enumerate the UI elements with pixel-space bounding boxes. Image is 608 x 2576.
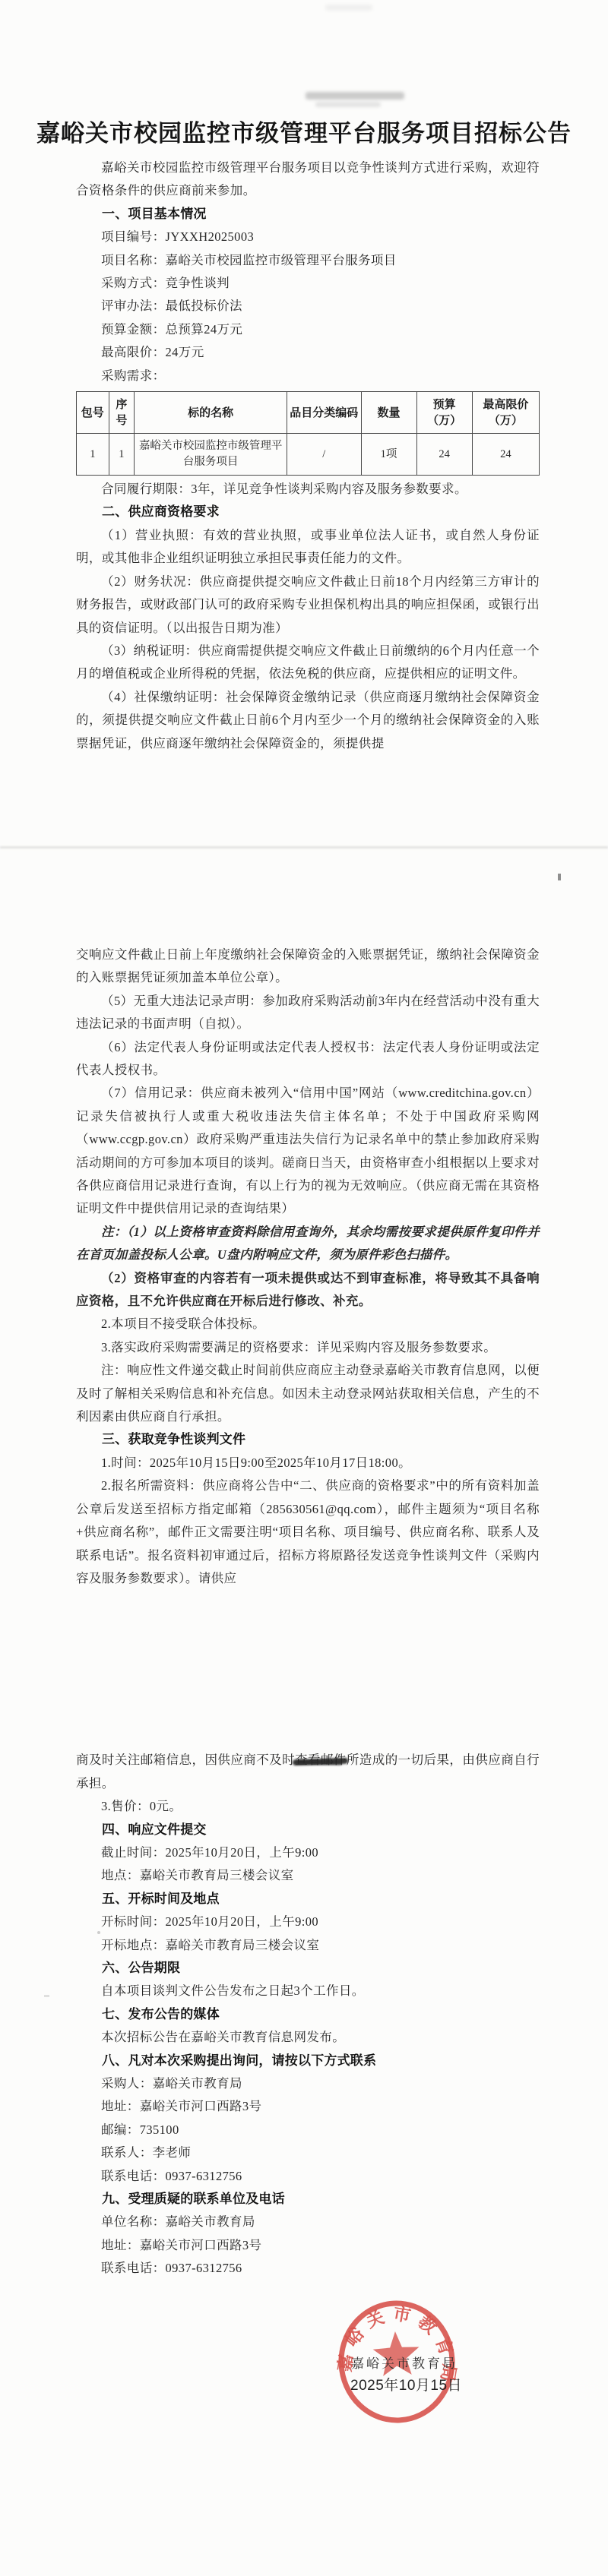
paragraph: 嘉峪关市校园监控市级管理平台服务项目以竞争性谈判方式进行采购，欢迎符合资格条件的… — [76, 156, 540, 203]
paragraph: （4）社保缴纳证明：社会保障资金缴纳记录（供应商逐月缴纳社会保障资金的，须提供提… — [76, 686, 540, 755]
paragraph: 邮编：735100 — [76, 2119, 540, 2141]
paragraph: 商及时关注邮箱信息，因供应商不及时查看邮件所造成的一切后果，由供应商自行承担。 — [76, 1749, 540, 1795]
paragraph: 开标地点：嘉峪关市教育局三楼会议室 — [76, 1934, 540, 1957]
signature-date: 2025年10月15日 — [350, 2376, 495, 2396]
paragraph: （2）财务状况：供应商提供提交响应文件截止日前18个月内经第三方审计的财务报告，… — [76, 571, 540, 640]
paragraph: （2）资格审查的内容若有一项未提供或达不到审查标准，将导致其不具备响应资格，且不… — [76, 1267, 540, 1313]
section-heading: 四、响应文件提交 — [76, 1819, 540, 1841]
table-cell: 1 — [77, 434, 109, 476]
section-heading: 三、获取竞争性谈判文件 — [76, 1428, 540, 1451]
scan-speck — [97, 1931, 100, 1934]
scan-speck — [558, 874, 561, 880]
table-header: 品目分类编码 — [287, 392, 361, 434]
page-break-shadow — [0, 846, 608, 849]
paragraph: 2.本项目不接受联合体投标。 — [76, 1313, 540, 1335]
scan-speck — [44, 1995, 49, 1997]
paragraph: （5）无重大违法记录声明：参加政府采购活动前3年内在经营活动中没有重大违法记录的… — [76, 990, 540, 1036]
page-break — [76, 1590, 540, 1749]
paragraph: 最高限价：24万元 — [76, 341, 540, 364]
table-row: 11嘉峪关市校园监控市级管理平台服务项目/1项2424 — [77, 434, 540, 476]
table-header: 标的名称 — [135, 392, 287, 434]
paragraph: 联系电话：0937-6312756 — [76, 2165, 540, 2188]
paragraph: 截止时间：2025年10月20日，上午9:00 — [76, 1841, 540, 1864]
procurement-table: 包号序号标的名称品目分类编码数量预算（万）最高限价（万）11嘉峪关市校园监控市级… — [76, 391, 540, 476]
paragraph: （1）营业执照：有效的营业执照，或事业单位法人证书，或自然人身份证明，或其他非企… — [76, 524, 540, 571]
paragraph: 注：响应性文件递交截止时间前供应商应主动登录嘉峪关市教育信息网，以便及时了解相关… — [76, 1359, 540, 1428]
section-heading: 七、发布公告的媒体 — [76, 2003, 540, 2026]
table-cell: 24 — [416, 434, 472, 476]
paragraph: 交响应文件截止日前上年度缴纳社会保障资金的入账票据凭证，缴纳社会保障资金的入账票… — [76, 943, 540, 990]
scan-smudge-top — [325, 5, 372, 11]
page-title: 嘉峪关市校园监控市级管理平台服务项目招标公告 — [0, 119, 608, 149]
paragraph: 3.落实政府采购需要满足的资格要求：详见采购内容及服务参数要求。 — [76, 1336, 540, 1359]
paragraph: 地点：嘉峪关市教育局三楼会议室 — [76, 1864, 540, 1887]
paragraph: 项目名称：嘉峪关市校园监控市级管理平台服务项目 — [76, 249, 540, 272]
section-heading: 八、凡对本次采购提出询问，请按以下方式联系 — [76, 2050, 540, 2072]
table-cell: 1 — [109, 434, 134, 476]
section-heading: 六、公告期限 — [76, 1957, 540, 1980]
paragraph: 2.报名所需资料：供应商将公告中“二、供应商的资格要求”中的所有资料加盖公章后发… — [76, 1474, 540, 1590]
table-header: 最高限价（万） — [472, 392, 539, 434]
section-heading: 一、项目基本情况 — [76, 203, 540, 226]
scan-smudge-above-title — [306, 92, 404, 100]
paragraph: 预算金额：总预算24万元 — [76, 318, 540, 341]
table-cell: 1项 — [361, 434, 416, 476]
section-heading: 二、供应商资格要求 — [76, 501, 540, 523]
paragraph: 联系人：李老师 — [76, 2141, 540, 2164]
paragraph: 3.售价：0元。 — [76, 1795, 540, 1818]
paragraph: 本次招标公告在嘉峪关市教育信息网发布。 — [76, 2026, 540, 2049]
table-header: 序号 — [109, 392, 134, 434]
table-header: 包号 — [77, 392, 109, 434]
table-cell: 嘉峪关市校园监控市级管理平台服务项目 — [135, 434, 287, 476]
paragraph: 注：（1）以上资格审查资料除信用查询外，其余均需按要求提供原件复印件并在首页加盖… — [76, 1221, 540, 1267]
signature-unit: 嘉峪关市教育局 — [351, 2355, 484, 2373]
paragraph: 单位名称：嘉峪关市教育局 — [76, 2211, 540, 2233]
scribbled-text: 查看邮件 — [295, 1753, 347, 1767]
document-page: 嘉峪关市校园监控市级管理平台服务项目招标公告 嘉峪关市校园监控市级管理平台服务项… — [0, 0, 608, 2576]
section-heading: 五、开标时间及地点 — [76, 1888, 540, 1911]
paragraph: 1.时间：2025年10月15日9:00至2025年10月17日18:00。 — [76, 1452, 540, 1474]
document-body: 嘉峪关市校园监控市级管理平台服务项目以竞争性谈判方式进行采购，欢迎符合资格条件的… — [0, 156, 608, 2280]
table-cell: / — [287, 434, 361, 476]
paragraph: 地址：嘉峪关市河口西路3号 — [76, 2095, 540, 2118]
table-cell: 24 — [472, 434, 539, 476]
paragraph: 采购人：嘉峪关市教育局 — [76, 2072, 540, 2095]
paragraph: 评审办法：最低投标价法 — [76, 295, 540, 318]
section-heading: 九、受理质疑的联系单位及电话 — [76, 2188, 540, 2211]
paragraph: 自本项目谈判文件公告发布之日起3个工作日。 — [76, 1980, 540, 2002]
paragraph: 联系电话：0937-6312756 — [76, 2257, 540, 2280]
scan-smudge-above-title-2 — [315, 102, 381, 107]
paragraph: 地址：嘉峪关市河口西路3号 — [76, 2234, 540, 2257]
table-header: 数量 — [361, 392, 416, 434]
paragraph: 开标时间：2025年10月20日，上午9:00 — [76, 1911, 540, 1933]
paragraph: （3）纳税证明：供应商需提供提交响应文件截止日前缴纳的6个月内任意一个月的增值税… — [76, 640, 540, 686]
paragraph: 采购方式：竞争性谈判 — [76, 272, 540, 295]
table-header: 预算（万） — [416, 392, 472, 434]
paragraph: （6）法定代表人身份证明或法定代表人授权书：法定代表人身份证明或法定代表人授权书… — [76, 1036, 540, 1083]
paragraph: 采购需求： — [76, 365, 540, 387]
paragraph: 合同履行期限：3年，详见竞争性谈判采购内容及服务参数要求。 — [76, 478, 540, 501]
paragraph: 项目编号：JYXXH2025003 — [76, 226, 540, 248]
page-break — [76, 755, 540, 943]
text-segment: 商及时关注邮箱信息，因供应商不及时 — [76, 1753, 295, 1767]
paragraph: （7）信用记录：供应商未被列入“信用中国”网站（www.creditchina.… — [76, 1082, 540, 1220]
